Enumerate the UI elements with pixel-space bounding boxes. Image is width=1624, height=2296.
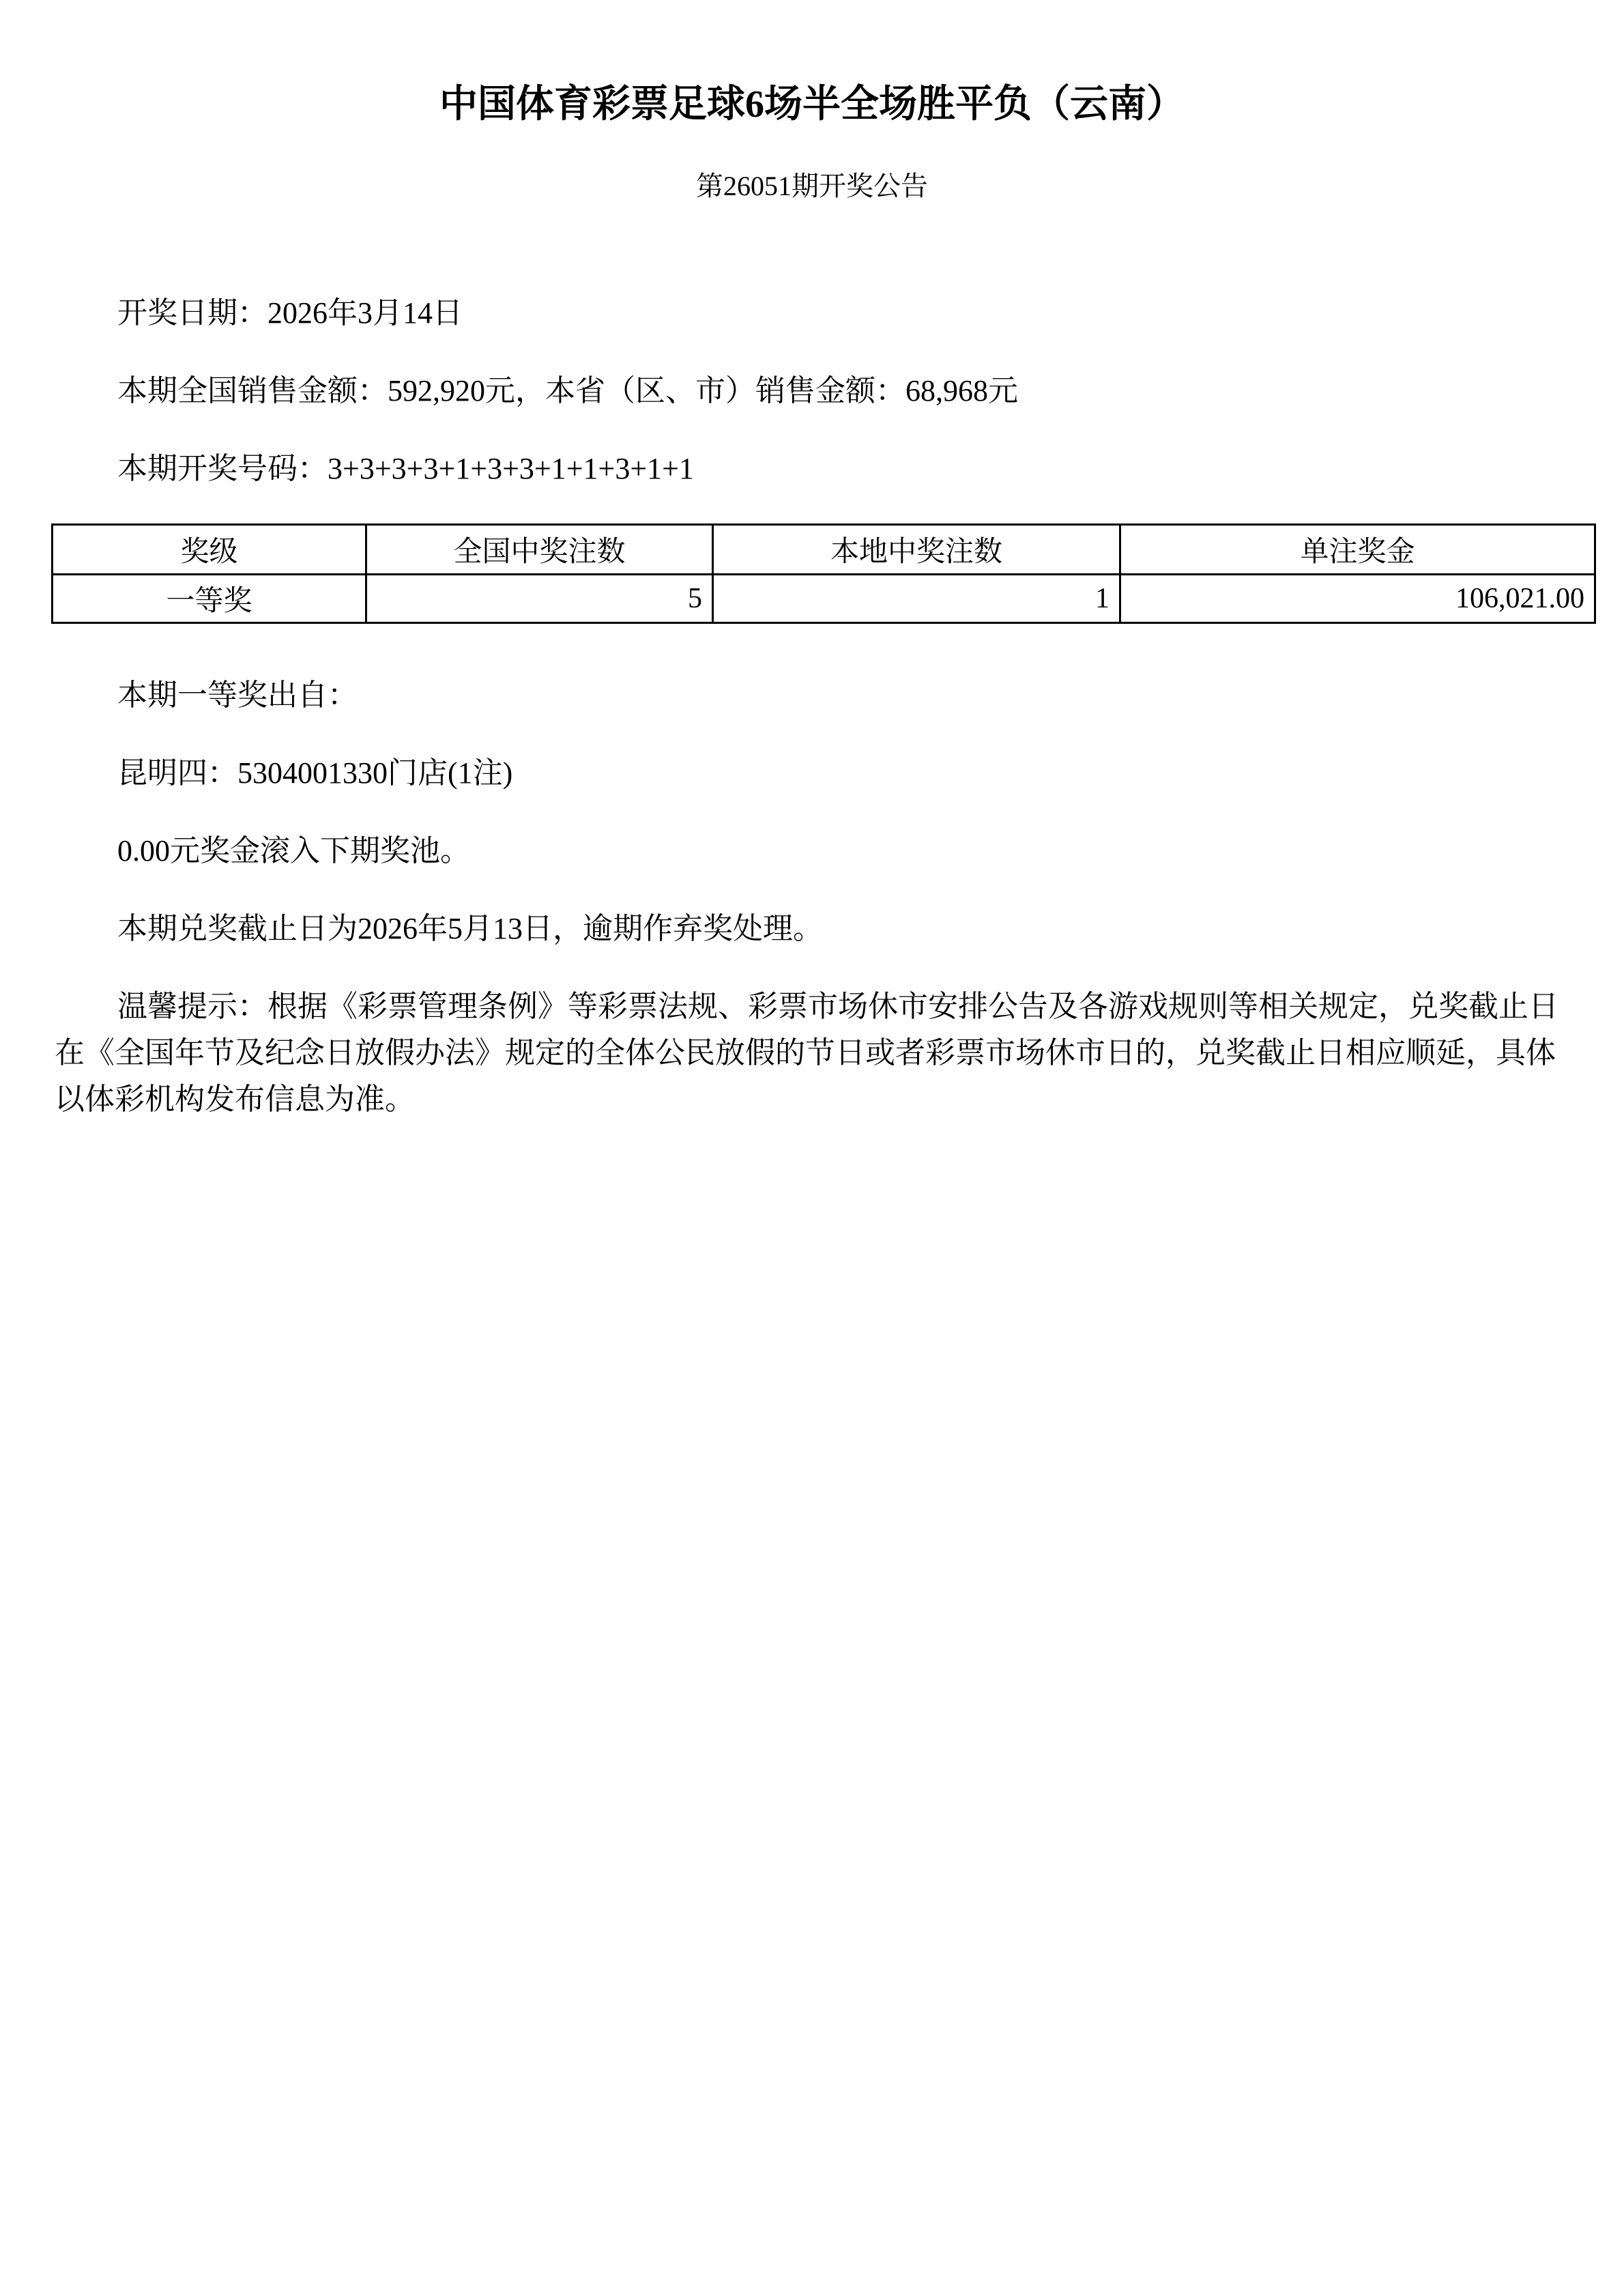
issue-number-subtitle: 第26051期开奖公告 bbox=[0, 169, 1624, 203]
winning-numbers: 本期开奖号码：3+3+3+3+1+3+3+1+1+3+1+1 bbox=[55, 446, 1576, 492]
document-body-lower: 本期一等奖出自： 昆明四：5304001330门店(1注) 0.00元奖金滚入下… bbox=[55, 672, 1576, 1123]
document-body: 开奖日期：2026年3月14日 本期全国销售金额：592,920元，本省（区、市… bbox=[55, 290, 1576, 492]
redeem-deadline-line: 本期兑奖截止日为2026年5月13日，逾期作弃奖处理。 bbox=[55, 906, 1576, 952]
prize-table-header-row: 奖级 全国中奖注数 本地中奖注数 单注奖金 bbox=[53, 525, 1595, 575]
local-winners-cell: 1 bbox=[713, 575, 1120, 623]
rollover-line: 0.00元奖金滚入下期奖池。 bbox=[55, 828, 1576, 874]
first-prize-source-heading: 本期一等奖出自： bbox=[55, 672, 1576, 719]
document-title: 中国体育彩票足球6场半全场胜平负（云南） bbox=[0, 0, 1624, 128]
notice-paragraph: 温馨提示：根据《彩票管理条例》等彩票法规、彩票市场休市安排公告及各游戏规则等相关… bbox=[55, 984, 1576, 1123]
announcement-page: 中国体育彩票足球6场半全场胜平负（云南） 第26051期开奖公告 开奖日期：20… bbox=[0, 0, 1624, 2296]
sales-amount: 本期全国销售金额：592,920元，本省（区、市）销售金额：68,968元 bbox=[55, 368, 1576, 414]
prize-table-header-level: 奖级 bbox=[53, 525, 366, 575]
prize-table-header-local-count: 本地中奖注数 bbox=[713, 525, 1120, 575]
prize-table-header-national-count: 全国中奖注数 bbox=[366, 525, 713, 575]
single-prize-cell: 106,021.00 bbox=[1120, 575, 1595, 623]
national-winners-cell: 5 bbox=[366, 575, 713, 623]
prize-level-cell: 一等奖 bbox=[53, 575, 366, 623]
prize-table: 奖级 全国中奖注数 本地中奖注数 单注奖金 一等奖 5 1 106,021.00 bbox=[51, 523, 1596, 624]
prize-table-header-single-prize: 单注奖金 bbox=[1120, 525, 1595, 575]
prize-table-row: 一等奖 5 1 106,021.00 bbox=[53, 575, 1595, 623]
winner-store-line: 昆明四：5304001330门店(1注) bbox=[55, 750, 1576, 797]
draw-date: 开奖日期：2026年3月14日 bbox=[55, 290, 1576, 336]
